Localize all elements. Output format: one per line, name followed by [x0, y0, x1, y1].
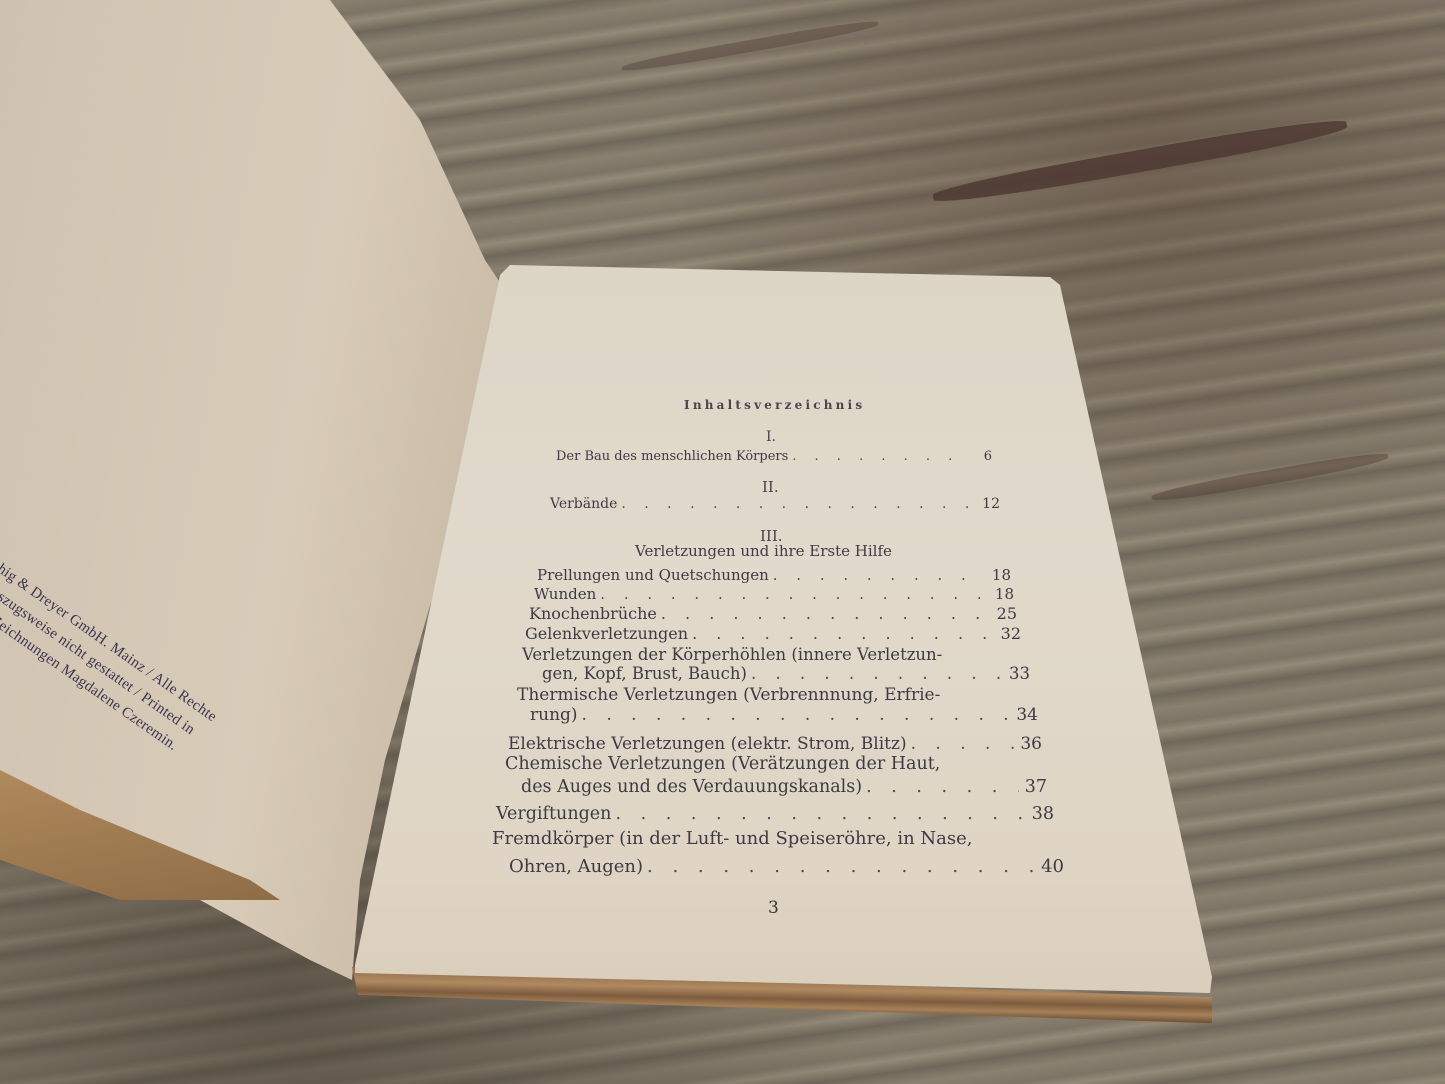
- entry-page: 18: [990, 585, 1014, 603]
- entry-text: Der Bau des menschlichen Körpers: [556, 449, 788, 464]
- toc-entry[interactable]: Verbände 12: [550, 496, 1000, 512]
- entry-page: 40: [1040, 856, 1064, 877]
- dot-leader: [866, 777, 1019, 797]
- entry-page: 18: [987, 566, 1011, 584]
- toc-entry[interactable]: Ohren, Augen) 40: [509, 856, 1064, 877]
- toc-entry[interactable]: Gelenkverletzungen 32: [525, 624, 1021, 643]
- dot-leader: [792, 449, 964, 464]
- entry-text: Fremdkörper (in der Luft- und Speiseröhr…: [492, 828, 973, 849]
- dot-leader: [911, 734, 1014, 754]
- toc-entry[interactable]: gen, Kopf, Brust, Bauch) 33: [542, 664, 1030, 683]
- entry-text: Gelenkverletzungen: [525, 624, 688, 643]
- toc-entry[interactable]: Prellungen und Quetschungen 18: [537, 566, 1011, 584]
- entry-page: 38: [1030, 804, 1054, 824]
- entry-page: 6: [968, 449, 992, 464]
- dot-leader: [773, 566, 983, 584]
- entry-text: Thermische Verletzungen (Verbrennnung, E…: [517, 685, 940, 705]
- dot-leader: [692, 624, 993, 643]
- section-numeral: I.: [766, 429, 776, 445]
- toc-entry[interactable]: rung) 34: [530, 705, 1038, 725]
- entry-text: Verletzungen der Körperhöhlen (innere Ve…: [522, 645, 942, 664]
- dot-leader: [600, 585, 986, 603]
- entry-text: Verbände: [550, 496, 617, 512]
- page-number: 3: [768, 898, 779, 918]
- dot-leader: [582, 705, 1010, 725]
- toc-entry[interactable]: des Auges und des Verdauungskanals) 37: [521, 777, 1047, 797]
- section-numeral: II.: [762, 478, 779, 496]
- entry-text: Wunden: [534, 585, 596, 603]
- dot-leader: [661, 604, 989, 623]
- toc-entry[interactable]: Wunden 18: [534, 585, 1014, 603]
- toc-entry[interactable]: Vergiftungen 38: [496, 804, 1054, 824]
- dot-leader: [751, 664, 1002, 683]
- entry-page: 25: [993, 604, 1017, 623]
- entry-page: 36: [1018, 734, 1042, 754]
- toc-title: Inhaltsverzeichnis: [684, 398, 865, 412]
- entry-text: Vergiftungen: [496, 804, 611, 824]
- entry-page: 33: [1006, 664, 1030, 683]
- toc-entry[interactable]: Elektrische Verletzungen (elektr. Strom,…: [508, 734, 1042, 754]
- toc-entry[interactable]: Der Bau des menschlichen Körpers 6: [556, 449, 992, 464]
- wood-grain-streak: [621, 18, 879, 75]
- entry-page: 32: [997, 624, 1021, 643]
- dot-leader: [647, 856, 1036, 877]
- entry-page: 12: [976, 496, 1000, 512]
- entry-text: Elektrische Verletzungen (elektr. Strom,…: [508, 734, 907, 754]
- wood-grain-streak: [1151, 449, 1390, 504]
- entry-text: Chemische Verletzungen (Verätzungen der …: [505, 754, 940, 774]
- dot-leader: [615, 804, 1026, 824]
- entry-continuation: des Auges und des Verdauungskanals): [521, 777, 862, 797]
- entry-page: 37: [1023, 777, 1047, 797]
- toc-entry[interactable]: Knochenbrüche 25: [529, 604, 1017, 623]
- wood-grain-streak: [931, 114, 1348, 209]
- entry-page: 34: [1014, 705, 1038, 725]
- entry-continuation: Ohren, Augen): [509, 856, 643, 877]
- section-title: Verletzungen und ihre Erste Hilfe: [635, 542, 892, 560]
- entry-continuation: gen, Kopf, Brust, Bauch): [542, 664, 747, 683]
- entry-text: Knochenbrüche: [529, 604, 657, 623]
- dot-leader: [621, 496, 972, 512]
- entry-continuation: rung): [530, 705, 578, 725]
- entry-text: Prellungen und Quetschungen: [537, 566, 769, 584]
